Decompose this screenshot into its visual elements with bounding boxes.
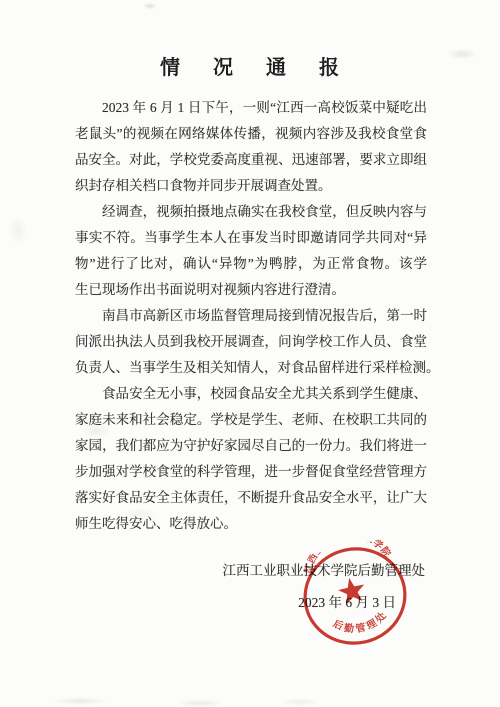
document-title: 情 况 通 报 [0,56,500,80]
scanned-notice-page: { "page": { "background_color": "#fcfcfa… [0,0,500,707]
text-line: 落实好食品安全主体责任，不断提升食品安全水平，让广大 [75,485,427,511]
signature-date: 2023 年 6 月 3 日 [0,593,500,613]
signature-unit: 江西工业职业技术学院后勤管理处 [0,561,500,581]
text-line: 食品安全无小事，校园食品安全尤其关系到学生健康、 [75,381,427,407]
text-line: 师生吃得安心、吃得放心。 [75,511,427,537]
text-line: 老鼠头”的视频在网络媒体传播，视频内容涉及我校食堂食 [75,121,427,147]
text-line: 生已现场作出书面说明对视频内容进行澄清。 [75,277,427,303]
text-line: 负责人、当事学生及相关知情人，对食品留样进行采样检测。 [75,355,427,381]
text-line: 经调查，视频拍摄地点确实在我校食堂，但反映内容与 [75,199,427,225]
text-line: 物”进行了比对，确认“异物”为鸭脖，为正常食物。该学 [75,251,427,277]
document-body: 2023 年 6 月 1 日下午，一则“江西一高校饭菜中疑吃出老鼠头”的视频在网… [75,95,427,537]
text-line: 织封存相关档口食物并同步开展调查处置。 [75,173,427,199]
text-line: 家园，我们都应为守护好家园尽自己的一份力。我们将进一 [75,433,427,459]
text-line: 南昌市高新区市场监督管理局接到情况报告后，第一时 [75,303,427,329]
text-line: 品安全。对此，学校党委高度重视、迅速部署，要求立即组 [75,147,427,173]
text-line: 2023 年 6 月 1 日下午，一则“江西一高校饭菜中疑吃出 [75,95,427,121]
text-line: 事实不符。当事学生本人在事发当时即邀请同学共同对“异 [75,225,427,251]
text-line: 步加强对学校食堂的科学管理，进一步督促食堂经营管理方 [75,459,427,485]
text-line: 间派出执法人员到我校开展调查，问询学校工作人员、食堂 [75,329,427,355]
text-line: 家庭未来和社会稳定。学校是学生、老师、在校职工共同的 [75,407,427,433]
